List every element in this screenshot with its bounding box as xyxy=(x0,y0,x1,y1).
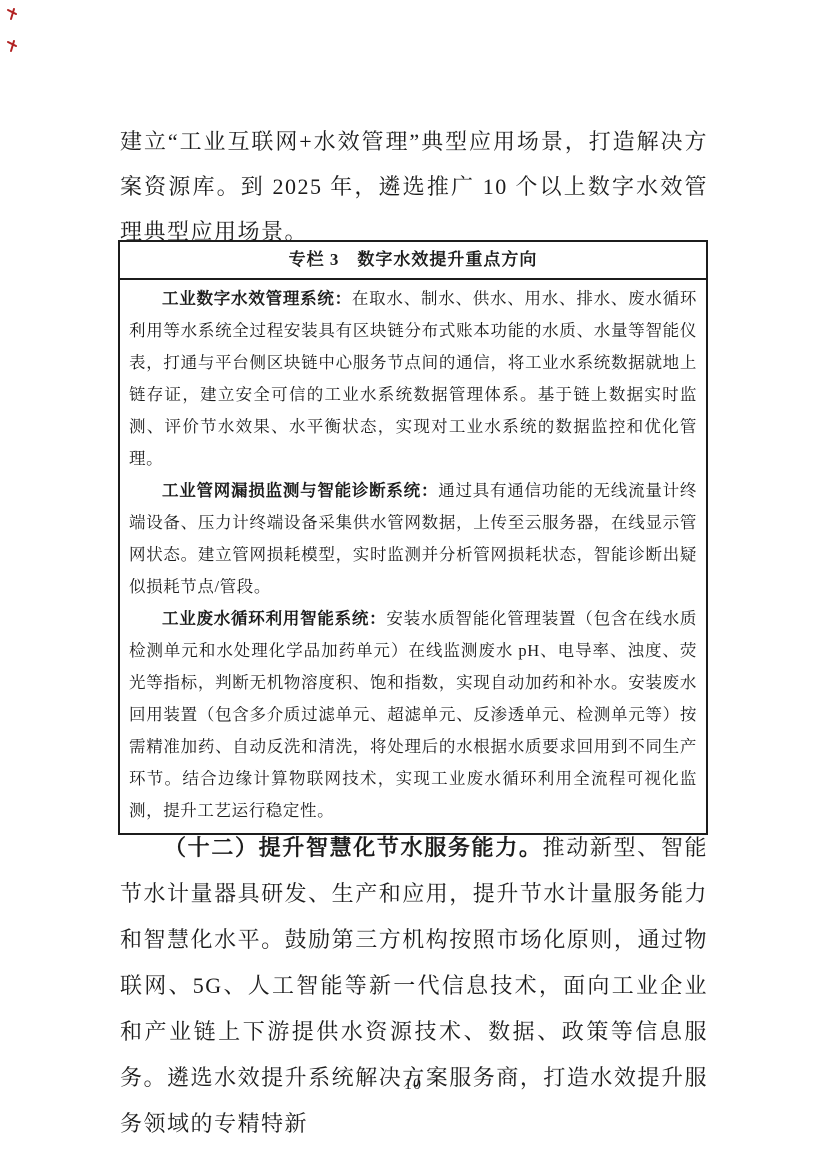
section-twelve-paragraph: （十二）提升智慧化节水服务能力。推动新型、智能节水计量器具研发、生产和应用，提升… xyxy=(120,825,708,1147)
page-number: 10 xyxy=(0,1076,826,1094)
column-box-body: 工业数字水效管理系统：在取水、制水、供水、用水、排水、废水循环利用等水系统全过程… xyxy=(120,280,706,833)
box-paragraph-text: 在取水、制水、供水、用水、排水、废水循环利用等水系统全过程安装具有区块链分布式账… xyxy=(129,289,697,468)
box-paragraph-wastewater-recycling-system: 工业废水循环利用智能系统：安装水质智能化管理装置（包含在线水质检测单元和水处理化… xyxy=(129,603,697,827)
column-box-3: 专栏 3 数字水效提升重点方向 工业数字水效管理系统：在取水、制水、供水、用水、… xyxy=(118,240,708,835)
box-paragraph-lead: 工业废水循环利用智能系统： xyxy=(162,609,386,628)
red-annotation-marks-icon xyxy=(4,6,24,58)
box-paragraph-lead: 工业管网漏损监测与智能诊断系统： xyxy=(162,481,438,500)
box-paragraph-pipe-leak-system: 工业管网漏损监测与智能诊断系统：通过具有通信功能的无线流量计终端设备、压力计终端… xyxy=(129,475,697,603)
box-paragraph-lead: 工业数字水效管理系统： xyxy=(162,289,352,308)
box-paragraph-text: 安装水质智能化管理装置（包含在线水质检测单元和水处理化学品加药单元）在线监测废水… xyxy=(129,609,697,820)
document-page: 建立“工业互联网+水效管理”典型应用场景，打造解决方案资源库。到 2025 年，… xyxy=(0,0,826,1169)
column-box-title: 专栏 3 数字水效提升重点方向 xyxy=(120,242,706,280)
intro-paragraph: 建立“工业互联网+水效管理”典型应用场景，打造解决方案资源库。到 2025 年，… xyxy=(120,119,708,254)
section-twelve-heading: （十二）提升智慧化节水服务能力。 xyxy=(164,835,543,860)
box-paragraph-digital-water-system: 工业数字水效管理系统：在取水、制水、供水、用水、排水、废水循环利用等水系统全过程… xyxy=(129,283,697,475)
